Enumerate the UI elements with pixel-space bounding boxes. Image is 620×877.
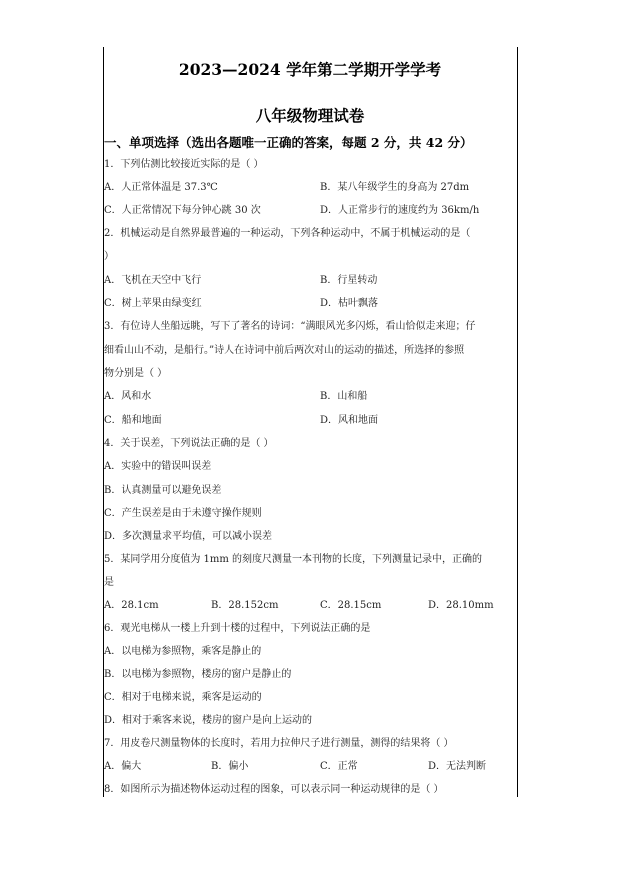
question-5-option-a: A．28.1cm	[104, 599, 159, 613]
question-3-stem-cont-1: 细看山山不动，是船行。”诗人在诗词中前后两次对山的运动的描述，所选择的参照	[104, 344, 464, 358]
question-8-stem: 8．如图所示为描述物体运动过程的图象，可以表示同一种运动规律的是（ ）	[104, 783, 444, 797]
question-1-option-b: B．某八年级学生的身高为 27dm	[320, 181, 469, 195]
question-3-option-c: C．船和地面	[104, 414, 162, 428]
question-7-stem: 7．用皮卷尺测量物体的长度时，若用力拉伸尺子进行测量，测得的结果将（ ）	[104, 737, 454, 751]
question-5-option-b: B．28.152cm	[211, 599, 278, 613]
question-2-option-d: D．枯叶飘落	[320, 297, 378, 311]
question-4-option-b: B．认真测量可以避免误差	[104, 484, 221, 498]
question-5-option-d: D．28.10mm	[428, 599, 494, 613]
question-7-option-b: B．偏小	[211, 760, 248, 774]
question-4-option-d: D．多次测量求平均值，可以减小误差	[104, 530, 272, 544]
question-5-stem-cont: 是	[104, 576, 114, 590]
question-3-option-b: B．山和船	[320, 390, 367, 404]
question-4-stem: 4．关于误差，下列说法正确的是（ ）	[104, 437, 274, 451]
question-3-stem: 3．有位诗人坐船远眺，写下了著名的诗词：“满眼风光多闪烁，看山恰似走来迎；仔	[104, 320, 475, 334]
question-7-option-d: D．无法判断	[428, 760, 486, 774]
question-3-option-a: A．风和水	[104, 390, 151, 404]
question-1-stem: 1．下列估测比较接近实际的是（ ）	[104, 158, 264, 172]
question-6-stem: 6．观光电梯从一楼上升到十楼的过程中，下列说法正确的是	[104, 622, 370, 636]
question-6-option-d: D．相对于乘客来说，楼房的窗户是向上运动的	[104, 714, 312, 728]
question-1-option-c: C．人正常情况下每分钟心跳 30 次	[104, 204, 261, 218]
question-1-option-a: A．人正常体温是 37.3℃	[104, 181, 218, 195]
question-5-stem: 5．某同学用分度值为 1mm 的刻度尺测量一本刊物的长度，下列测量记录中，正确的	[104, 553, 482, 567]
question-4-option-c: C．产生误差是由于未遵守操作规则	[104, 507, 262, 521]
question-1-option-d: D．人正常步行的速度约为 36km/h	[320, 204, 479, 218]
question-7-option-a: A．偏大	[104, 760, 141, 774]
question-2-option-c: C．树上苹果由绿变红	[104, 297, 202, 311]
question-6-option-a: A．以电梯为参照物，乘客是静止的	[104, 645, 261, 659]
question-5-option-c: C．28.15cm	[320, 599, 381, 613]
right-margin-line	[517, 47, 518, 797]
question-2-stem-cont: ）	[104, 250, 114, 264]
question-3-option-d: D．风和地面	[320, 414, 378, 428]
question-6-option-c: C．相对于电梯来说，乘客是运动的	[104, 691, 262, 705]
exam-page: 2023—2024 学年第二学期开学学考 八年级物理试卷 一、单项选择（选出各题…	[0, 0, 620, 877]
question-3-stem-cont-2: 物分别是（ ）	[104, 367, 167, 381]
question-4-option-a: A．实验中的错误叫误差	[104, 460, 211, 474]
question-6-option-b: B．以电梯为参照物，楼房的窗户是静止的	[104, 668, 291, 682]
exam-title: 2023—2024 学年第二学期开学学考	[103, 58, 517, 80]
question-2-option-a: A．飞机在天空中飞行	[104, 274, 201, 288]
question-7-option-c: C．正常	[320, 760, 358, 774]
section-heading: 一、单项选择（选出各题唯一正确的答案，每题 2 分，共 42 分）	[104, 133, 473, 151]
question-2-option-b: B．行星转动	[320, 274, 377, 288]
question-2-stem: 2．机械运动是自然界最普遍的一种运动，下列各种运动中，不属于机械运动的是（	[104, 227, 470, 241]
exam-subtitle: 八年级物理试卷	[103, 104, 517, 126]
